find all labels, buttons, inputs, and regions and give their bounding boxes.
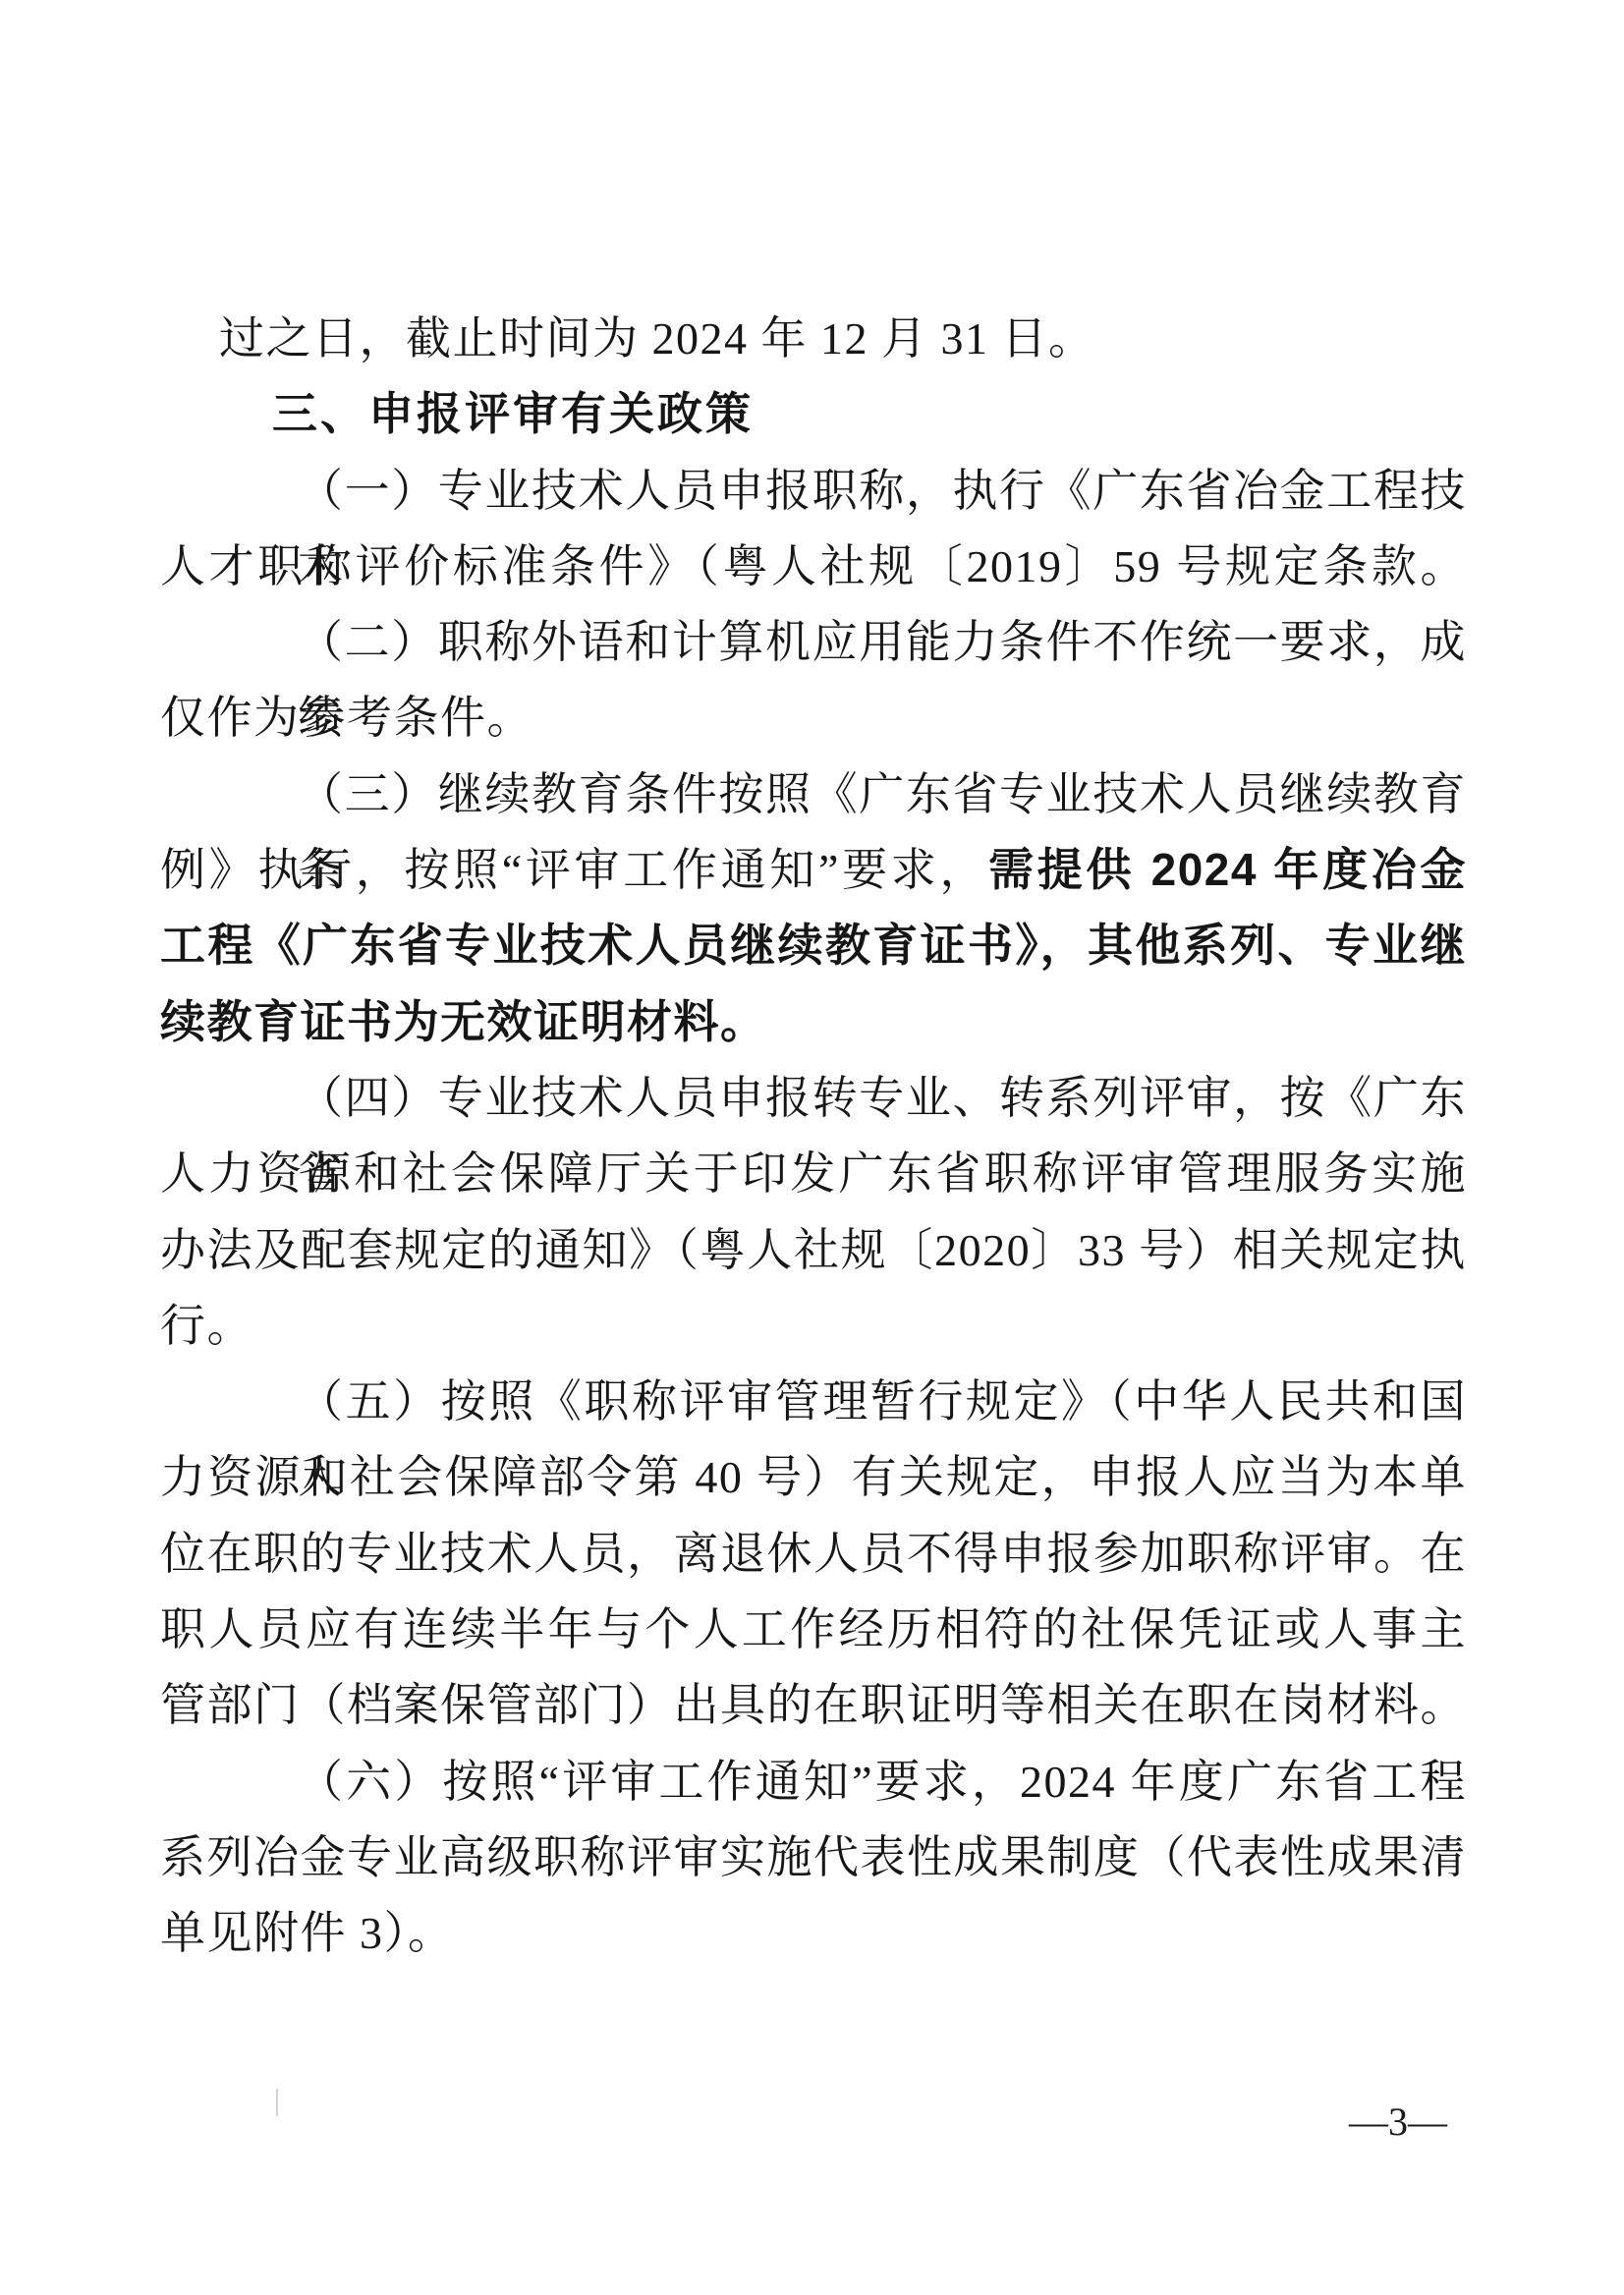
text-segment: 办法及配套规定的通知》（粤人社规〔2020〕33 号）相关规定执 <box>160 1225 1467 1275</box>
text-line: 系列冶金专业高级职称评审实施代表性成果制度（代表性成果清 <box>160 1819 1467 1895</box>
text-segment: 位在职的专业技术人员，离退休人员不得申报参加职称评审。在 <box>160 1529 1467 1579</box>
text-line: 位在职的专业技术人员，离退休人员不得申报参加职称评审。在 <box>160 1516 1467 1592</box>
text-line: 工程《广东省专业技术人员继续教育证书》，其他系列、专业继 <box>160 908 1467 983</box>
text-line: 人力资源和社会保障厅关于印发广东省职称评审管理服务实施 <box>160 1136 1467 1211</box>
text-segment: 人力资源和社会保障厅关于印发广东省职称评审管理服务实施 <box>160 1148 1467 1199</box>
text-segment: 系列冶金专业高级职称评审实施代表性成果制度（代表性成果清 <box>160 1832 1467 1882</box>
emphasized-text-segment: 续教育证书为无效证明材料。 <box>160 996 767 1047</box>
text-line: 办法及配套规定的通知》（粤人社规〔2020〕33 号）相关规定执 <box>160 1212 1467 1288</box>
document-body: 过之日，截止时间为 2024 年 12 月 31 日。三、申报评审有关政策（一）… <box>160 301 1467 1972</box>
section-heading: 三、申报评审有关政策 <box>160 376 1467 452</box>
text-segment: 仅作为参考条件。 <box>160 693 533 743</box>
text-line: （一）专业技术人员申报职称，执行《广东省冶金工程技术 <box>160 453 1467 529</box>
text-line: 单见附件 3）。 <box>160 1895 1467 1971</box>
text-line: （五）按照《职称评审管理暂行规定》（中华人民共和国人 <box>160 1364 1467 1439</box>
text-segment: 管部门（档案保管部门）出具的在职证明等相关在职在岗材料。 <box>160 1680 1467 1730</box>
text-segment: 例》执行，按照“评审工作通知”要求， <box>160 845 988 895</box>
page-number: —3— <box>1344 2099 1452 2145</box>
text-line: 人才职称评价标准条件》（粤人社规〔2019〕59 号规定条款。 <box>160 529 1467 604</box>
text-line: 续教育证书为无效证明材料。 <box>160 984 1467 1060</box>
text-segment: 过之日，截止时间为 2024 年 12 月 31 日。 <box>219 313 1095 364</box>
text-line: （六）按照“评审工作通知”要求，2024 年度广东省工程 <box>160 1744 1467 1819</box>
text-line: 力资源和社会保障部令第 40 号）有关规定，申报人应当为本单 <box>160 1439 1467 1515</box>
text-line: （二）职称外语和计算机应用能力条件不作统一要求，成绩 <box>160 604 1467 680</box>
text-segment: 单见附件 3）。 <box>160 1908 455 1958</box>
text-line: 仅作为参考条件。 <box>160 680 1467 756</box>
text-segment: 行。 <box>160 1301 253 1351</box>
emphasized-text-segment: 需提供 2024 年度冶金 <box>988 844 1467 895</box>
text-line: 例》执行，按照“评审工作通知”要求，需提供 2024 年度冶金 <box>160 832 1467 908</box>
text-line: 行。 <box>160 1288 1467 1364</box>
text-line: （四）专业技术人员申报转专业、转系列评审，按《广东省 <box>160 1060 1467 1136</box>
text-line: 过之日，截止时间为 2024 年 12 月 31 日。 <box>160 301 1467 376</box>
text-line: 管部门（档案保管部门）出具的在职证明等相关在职在岗材料。 <box>160 1667 1467 1743</box>
text-segment: 职人员应有连续半年与个人工作经历相符的社保凭证或人事主 <box>160 1604 1467 1654</box>
emphasized-text-segment: 三、申报评审有关政策 <box>272 388 754 439</box>
emphasized-text-segment: 工程《广东省专业技术人员继续教育证书》，其他系列、专业继 <box>160 920 1467 971</box>
scan-artifact-line <box>276 2089 278 2116</box>
text-segment: 力资源和社会保障部令第 40 号）有关规定，申报人应当为本单 <box>160 1452 1467 1502</box>
text-segment: 人才职称评价标准条件》（粤人社规〔2019〕59 号规定条款。 <box>160 541 1467 591</box>
document-page: 过之日，截止时间为 2024 年 12 月 31 日。三、申报评审有关政策（一）… <box>0 0 1624 2295</box>
text-line: （三）继续教育条件按照《广东省专业技术人员继续教育条 <box>160 756 1467 832</box>
text-segment: （六）按照“评审工作通知”要求，2024 年度广东省工程 <box>298 1757 1467 1807</box>
text-line: 职人员应有连续半年与个人工作经历相符的社保凭证或人事主 <box>160 1592 1467 1667</box>
